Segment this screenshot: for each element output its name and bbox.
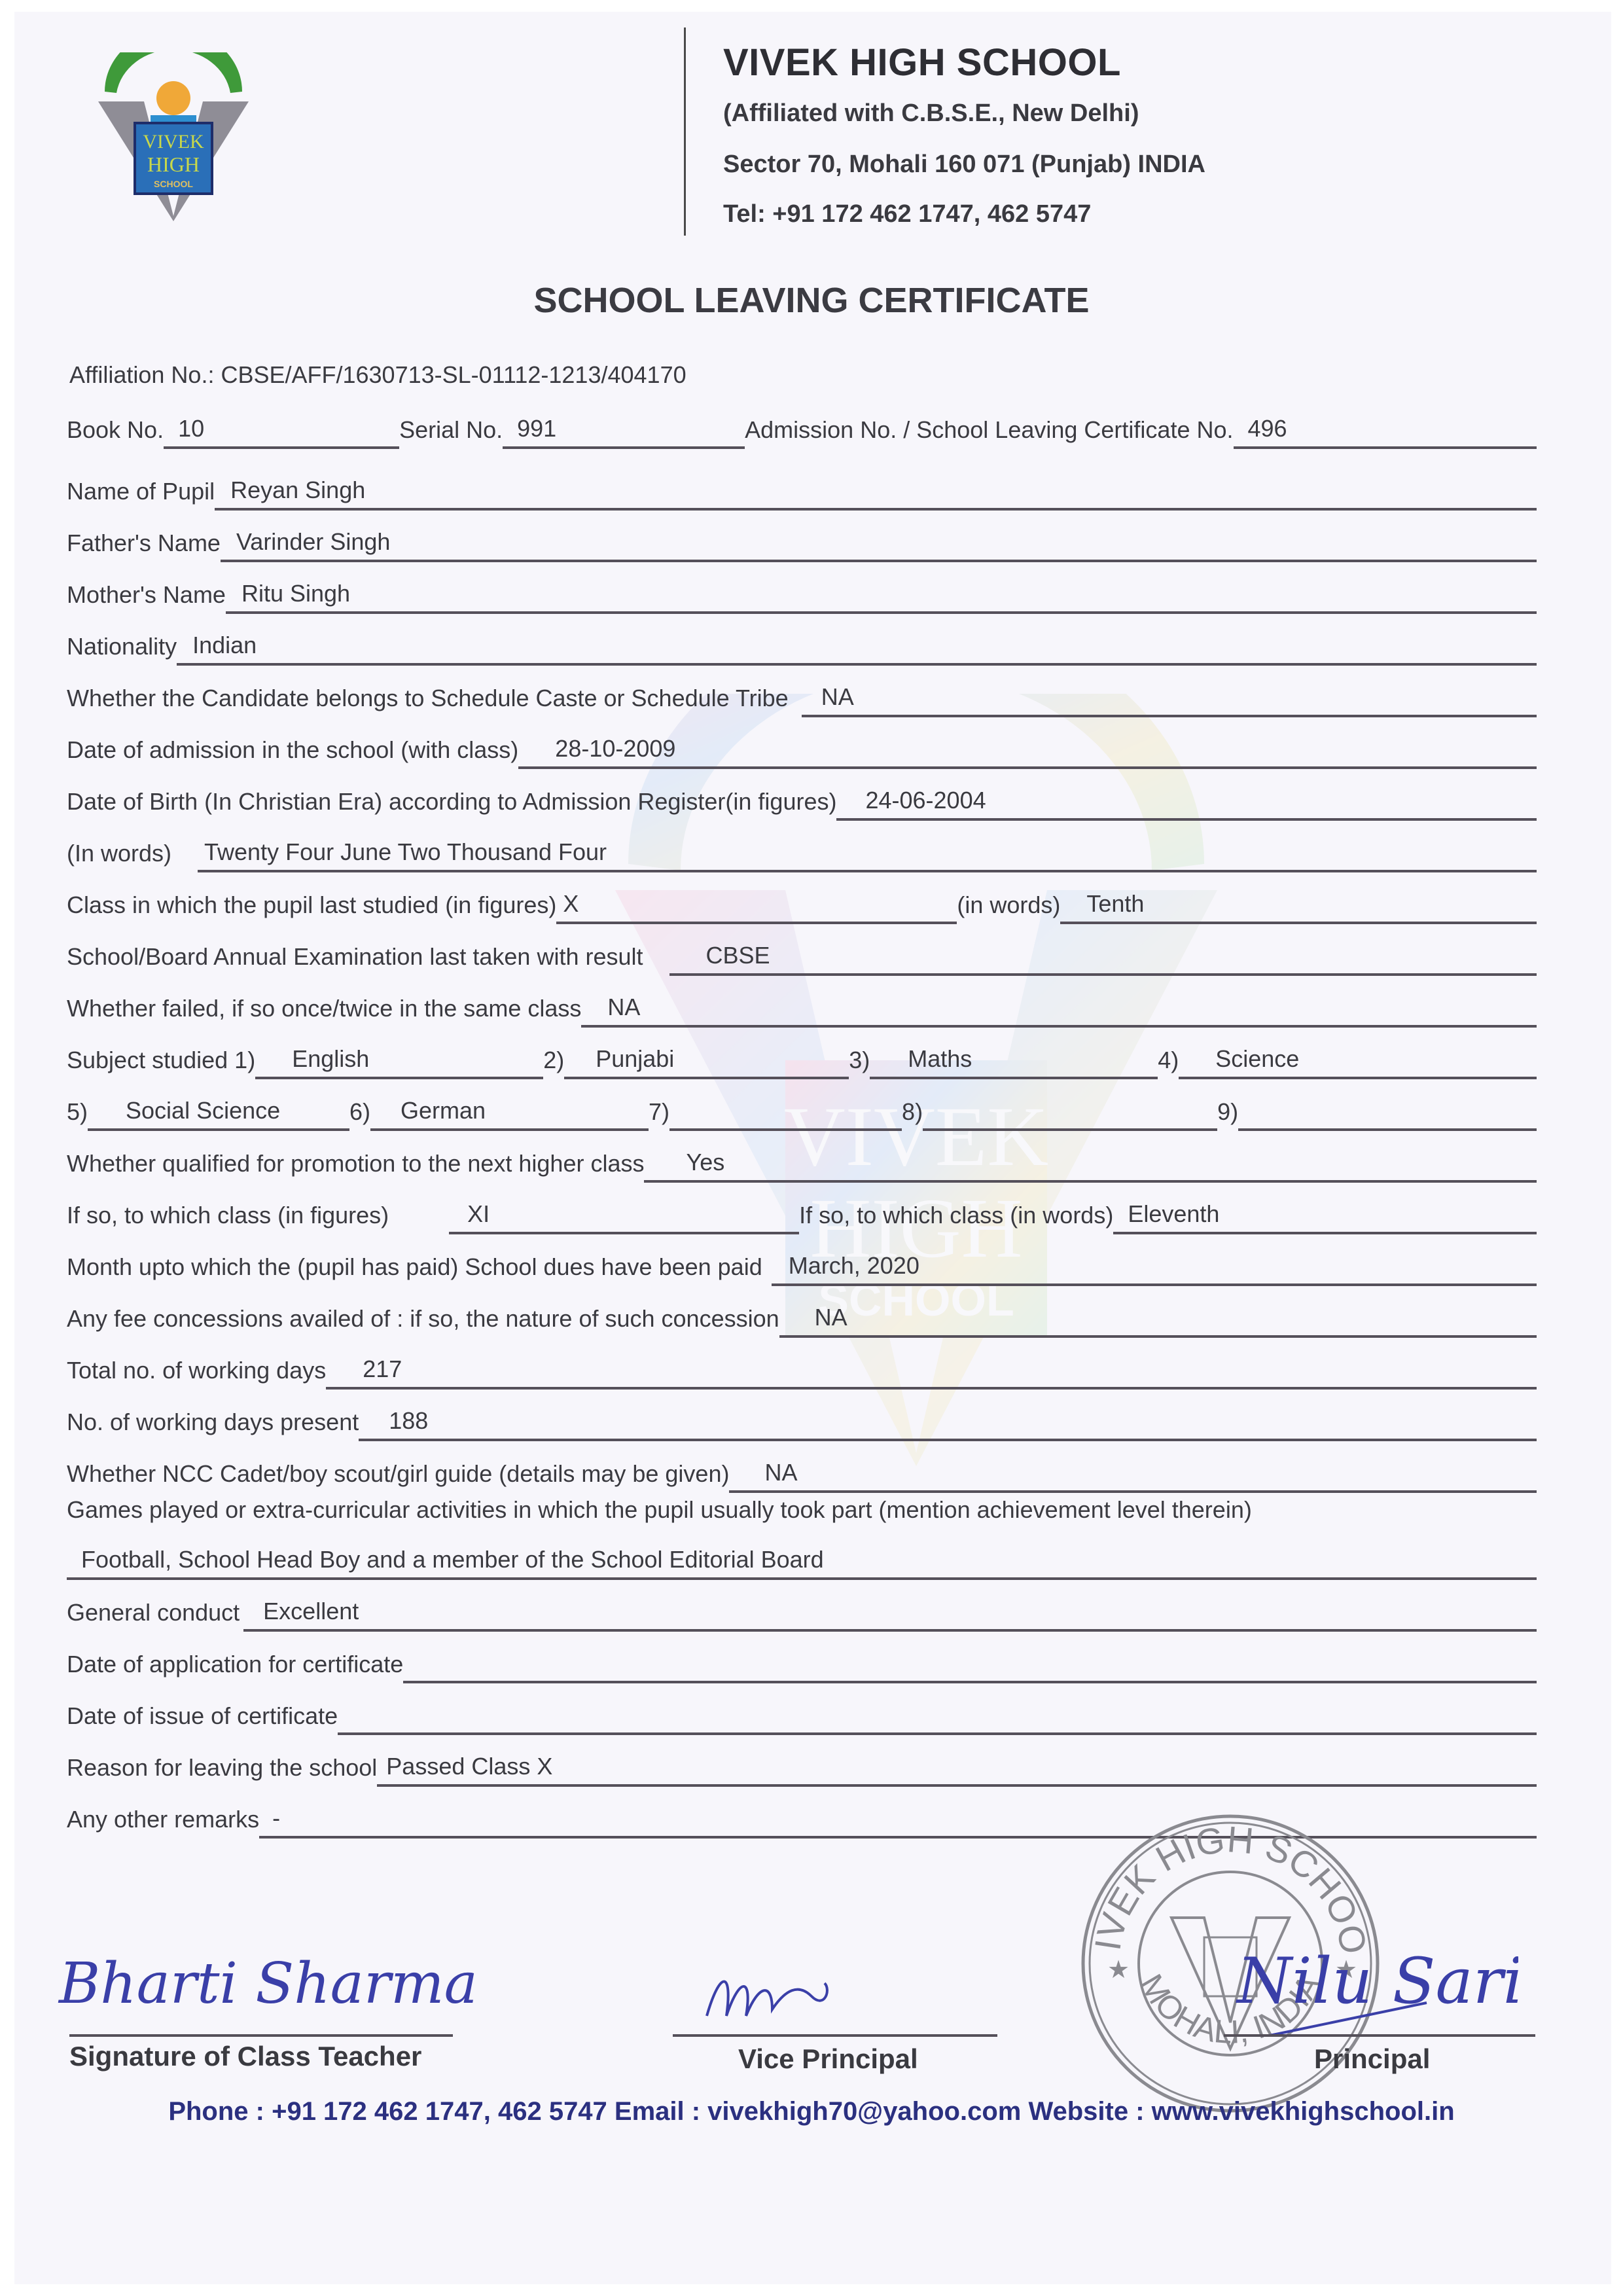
school-logo: VIVEK HIGH SCHOOL bbox=[92, 52, 255, 223]
row-subjects-2: 5) Social Science 6) German 7) 8) 9) bbox=[67, 1089, 1537, 1131]
svg-text:★: ★ bbox=[1107, 1956, 1130, 1984]
class-teacher-signature-line bbox=[69, 2034, 453, 2037]
subject-6-field[interactable]: German bbox=[370, 1097, 649, 1131]
admission-date-label: Date of admission in the school (with cl… bbox=[67, 736, 518, 769]
mother-name-label: Mother's Name bbox=[67, 581, 226, 614]
reason-label: Reason for leaving the school bbox=[67, 1754, 377, 1787]
class-figures-field[interactable]: X bbox=[556, 890, 957, 924]
admission-label: Admission No. / School Leaving Certifica… bbox=[745, 416, 1233, 449]
ncc-field[interactable]: NA bbox=[729, 1459, 1537, 1493]
subject-number: 3) bbox=[849, 1047, 870, 1079]
subject-5-field[interactable]: Social Science bbox=[88, 1097, 349, 1131]
school-tel: Tel: +91 172 462 1747, 462 5747 bbox=[723, 200, 1091, 228]
caste-field[interactable]: NA bbox=[802, 683, 1537, 717]
mother-name-field[interactable]: Ritu Singh bbox=[226, 580, 1537, 614]
concession-field[interactable]: NA bbox=[779, 1304, 1537, 1338]
row-exam: School/Board Annual Examination last tak… bbox=[67, 934, 1537, 976]
class-teacher-label: Signature of Class Teacher bbox=[69, 2041, 421, 2072]
subject-4-field[interactable]: Science bbox=[1179, 1045, 1537, 1079]
father-name-field[interactable]: Varinder Singh bbox=[221, 528, 1537, 562]
dues-label: Month upto which the (pupil has paid) Sc… bbox=[67, 1253, 762, 1286]
subject-7-field[interactable] bbox=[669, 1097, 902, 1131]
issue-date-label: Date of issue of certificate bbox=[67, 1702, 338, 1735]
principal-signature-line bbox=[1224, 2034, 1535, 2037]
row-failed: Whether failed, if so once/twice in the … bbox=[67, 986, 1537, 1028]
row-dob-figures: Date of Birth (In Christian Era) accordi… bbox=[67, 779, 1537, 821]
school-name: VIVEK HIGH SCHOOL bbox=[723, 41, 1121, 84]
principal-label: Principal bbox=[1314, 2043, 1430, 2075]
school-address: Sector 70, Mohali 160 071 (Punjab) INDIA bbox=[723, 151, 1205, 179]
working-days-label: Total no. of working days bbox=[67, 1357, 326, 1390]
svg-text:HIGH: HIGH bbox=[147, 152, 200, 176]
book-label: Book No. bbox=[67, 416, 164, 449]
vice-principal-label: Vice Principal bbox=[738, 2043, 918, 2075]
principal-signature: Nilu Sarin bbox=[1230, 1924, 1518, 2042]
header-divider bbox=[684, 27, 686, 236]
subject-number: 4) bbox=[1158, 1047, 1179, 1079]
row-dob-words: (In words) Twenty Four June Two Thousand… bbox=[67, 831, 1537, 872]
reason-field[interactable]: Passed Class X bbox=[377, 1753, 1537, 1787]
subject-number: 5) bbox=[67, 1098, 88, 1131]
row-admission-date: Date of admission in the school (with cl… bbox=[67, 727, 1537, 769]
admission-date-field[interactable]: 28-10-2009 bbox=[518, 735, 1537, 769]
row-caste: Whether the Candidate belongs to Schedul… bbox=[67, 675, 1537, 717]
dob-words-field[interactable]: Twenty Four June Two Thousand Four bbox=[198, 838, 1537, 872]
nationality-field[interactable]: Indian bbox=[177, 632, 1537, 666]
row-issue-date: Date of issue of certificate bbox=[67, 1693, 1537, 1735]
row-book-serial-admission: Book No. 10 Serial No. 991 Admission No.… bbox=[67, 407, 1537, 449]
footer-contact: Phone : +91 172 462 1747, 462 5747 Email… bbox=[0, 2097, 1623, 2126]
row-conduct: General conduct Excellent bbox=[67, 1590, 1537, 1632]
certificate-title: SCHOOL LEAVING CERTIFICATE bbox=[0, 280, 1623, 321]
affiliation-number: Affiliation No.: CBSE/AFF/1630713-SL-011… bbox=[69, 361, 687, 389]
promotion-field[interactable]: Yes bbox=[644, 1149, 1537, 1183]
application-date-field[interactable] bbox=[403, 1649, 1537, 1683]
row-ncc: Whether NCC Cadet/boy scout/girl guide (… bbox=[67, 1451, 1537, 1493]
games-label: Games played or extra-curricular activit… bbox=[67, 1496, 1252, 1529]
vice-principal-signature bbox=[694, 1957, 864, 2036]
conduct-label: General conduct bbox=[67, 1599, 240, 1632]
pupil-name-field[interactable]: Reyan Singh bbox=[215, 476, 1537, 511]
dues-field[interactable]: March, 2020 bbox=[772, 1252, 1537, 1286]
next-class-words-field[interactable]: Eleventh bbox=[1113, 1200, 1537, 1234]
row-reason: Reason for leaving the school Passed Cla… bbox=[67, 1745, 1537, 1787]
svg-text:VIVEK: VIVEK bbox=[143, 131, 204, 152]
row-games-label: Games played or extra-curricular activit… bbox=[67, 1498, 1537, 1529]
row-father-name: Father's Name Varinder Singh bbox=[67, 520, 1537, 562]
subjects-label: Subject studied bbox=[67, 1047, 228, 1079]
svg-text:Nilu Sarin: Nilu Sarin bbox=[1236, 1945, 1518, 2018]
class-words-label: (in words) bbox=[957, 891, 1060, 924]
class-words-field[interactable]: Tenth bbox=[1060, 890, 1537, 924]
affiliated-with: (Affiliated with C.B.S.E., New Delhi) bbox=[723, 99, 1139, 128]
row-application-date: Date of application for certificate bbox=[67, 1641, 1537, 1683]
subject-9-field[interactable] bbox=[1238, 1097, 1537, 1131]
concession-label: Any fee concessions availed of : if so, … bbox=[67, 1305, 779, 1338]
row-concession: Any fee concessions availed of : if so, … bbox=[67, 1296, 1537, 1338]
days-present-field[interactable]: 188 bbox=[359, 1407, 1537, 1441]
subject-number: 8) bbox=[902, 1098, 923, 1131]
subject-number: 1) bbox=[234, 1047, 255, 1079]
failed-field[interactable]: NA bbox=[581, 994, 1537, 1028]
serial-number-field[interactable]: 991 bbox=[503, 415, 745, 449]
class-figures-label: Class in which the pupil last studied (i… bbox=[67, 891, 556, 924]
serial-label: Serial No. bbox=[399, 416, 503, 449]
row-next-class: If so, to which class (in figures) XI If… bbox=[67, 1193, 1537, 1234]
row-promotion: Whether qualified for promotion to the n… bbox=[67, 1141, 1537, 1183]
row-pupil-name: Name of Pupil Reyan Singh bbox=[67, 469, 1537, 511]
row-days-present: No. of working days present 188 bbox=[67, 1399, 1537, 1441]
dob-figures-label: Date of Birth (In Christian Era) accordi… bbox=[67, 788, 836, 821]
subject-1-field[interactable]: English bbox=[255, 1045, 543, 1079]
row-mother-name: Mother's Name Ritu Singh bbox=[67, 572, 1537, 614]
subject-number: 7) bbox=[649, 1098, 669, 1131]
dob-figures-field[interactable]: 24-06-2004 bbox=[836, 787, 1537, 821]
subject-number: 6) bbox=[349, 1098, 370, 1131]
row-subjects-1: Subject studied1) English 2) Punjabi 3) … bbox=[67, 1037, 1537, 1079]
working-days-field[interactable]: 217 bbox=[326, 1355, 1537, 1390]
exam-label: School/Board Annual Examination last tak… bbox=[67, 943, 643, 976]
failed-label: Whether failed, if so once/twice in the … bbox=[67, 995, 581, 1028]
caste-label: Whether the Candidate belongs to Schedul… bbox=[67, 685, 789, 717]
next-class-figures-label: If so, to which class (in figures) bbox=[67, 1202, 389, 1234]
book-number-field[interactable]: 10 bbox=[164, 415, 399, 449]
svg-text:Bharti Sharma: Bharti Sharma bbox=[58, 1951, 478, 2017]
ncc-label: Whether NCC Cadet/boy scout/girl guide (… bbox=[67, 1460, 729, 1493]
subject-3-field[interactable]: Maths bbox=[870, 1045, 1158, 1079]
row-class-last-studied: Class in which the pupil last studied (i… bbox=[67, 882, 1537, 924]
vice-principal-signature-line bbox=[673, 2034, 997, 2037]
father-name-label: Father's Name bbox=[67, 529, 221, 562]
days-present-label: No. of working days present bbox=[67, 1408, 359, 1441]
remarks-label: Any other remarks bbox=[67, 1806, 259, 1839]
row-working-days: Total no. of working days 217 bbox=[67, 1348, 1537, 1390]
svg-text:SCHOOL: SCHOOL bbox=[154, 179, 193, 189]
subject-number: 9) bbox=[1217, 1098, 1238, 1131]
exam-field[interactable]: CBSE bbox=[669, 942, 1537, 976]
row-dues: Month upto which the (pupil has paid) Sc… bbox=[67, 1244, 1537, 1286]
conduct-field[interactable]: Excellent bbox=[243, 1598, 1537, 1632]
pupil-name-label: Name of Pupil bbox=[67, 478, 215, 511]
row-nationality: Nationality Indian bbox=[67, 624, 1537, 666]
next-class-figures-field[interactable]: XI bbox=[449, 1200, 799, 1234]
next-class-words-label: If so, to which class (in words) bbox=[799, 1202, 1113, 1234]
promotion-label: Whether qualified for promotion to the n… bbox=[67, 1150, 644, 1183]
nationality-label: Nationality bbox=[67, 633, 177, 666]
application-date-label: Date of application for certificate bbox=[67, 1651, 403, 1683]
dob-words-label: (In words) bbox=[67, 840, 171, 872]
issue-date-field[interactable] bbox=[338, 1701, 1537, 1735]
admission-number-field[interactable]: 496 bbox=[1234, 415, 1537, 449]
subject-number: 2) bbox=[543, 1047, 564, 1079]
row-games-value: Football, School Head Boy and a member o… bbox=[67, 1538, 1537, 1580]
class-teacher-signature: Bharti Sharma bbox=[52, 1937, 497, 2036]
games-field[interactable]: Football, School Head Boy and a member o… bbox=[67, 1546, 1537, 1580]
subject-8-field[interactable] bbox=[923, 1097, 1217, 1131]
subject-2-field[interactable]: Punjabi bbox=[564, 1045, 849, 1079]
